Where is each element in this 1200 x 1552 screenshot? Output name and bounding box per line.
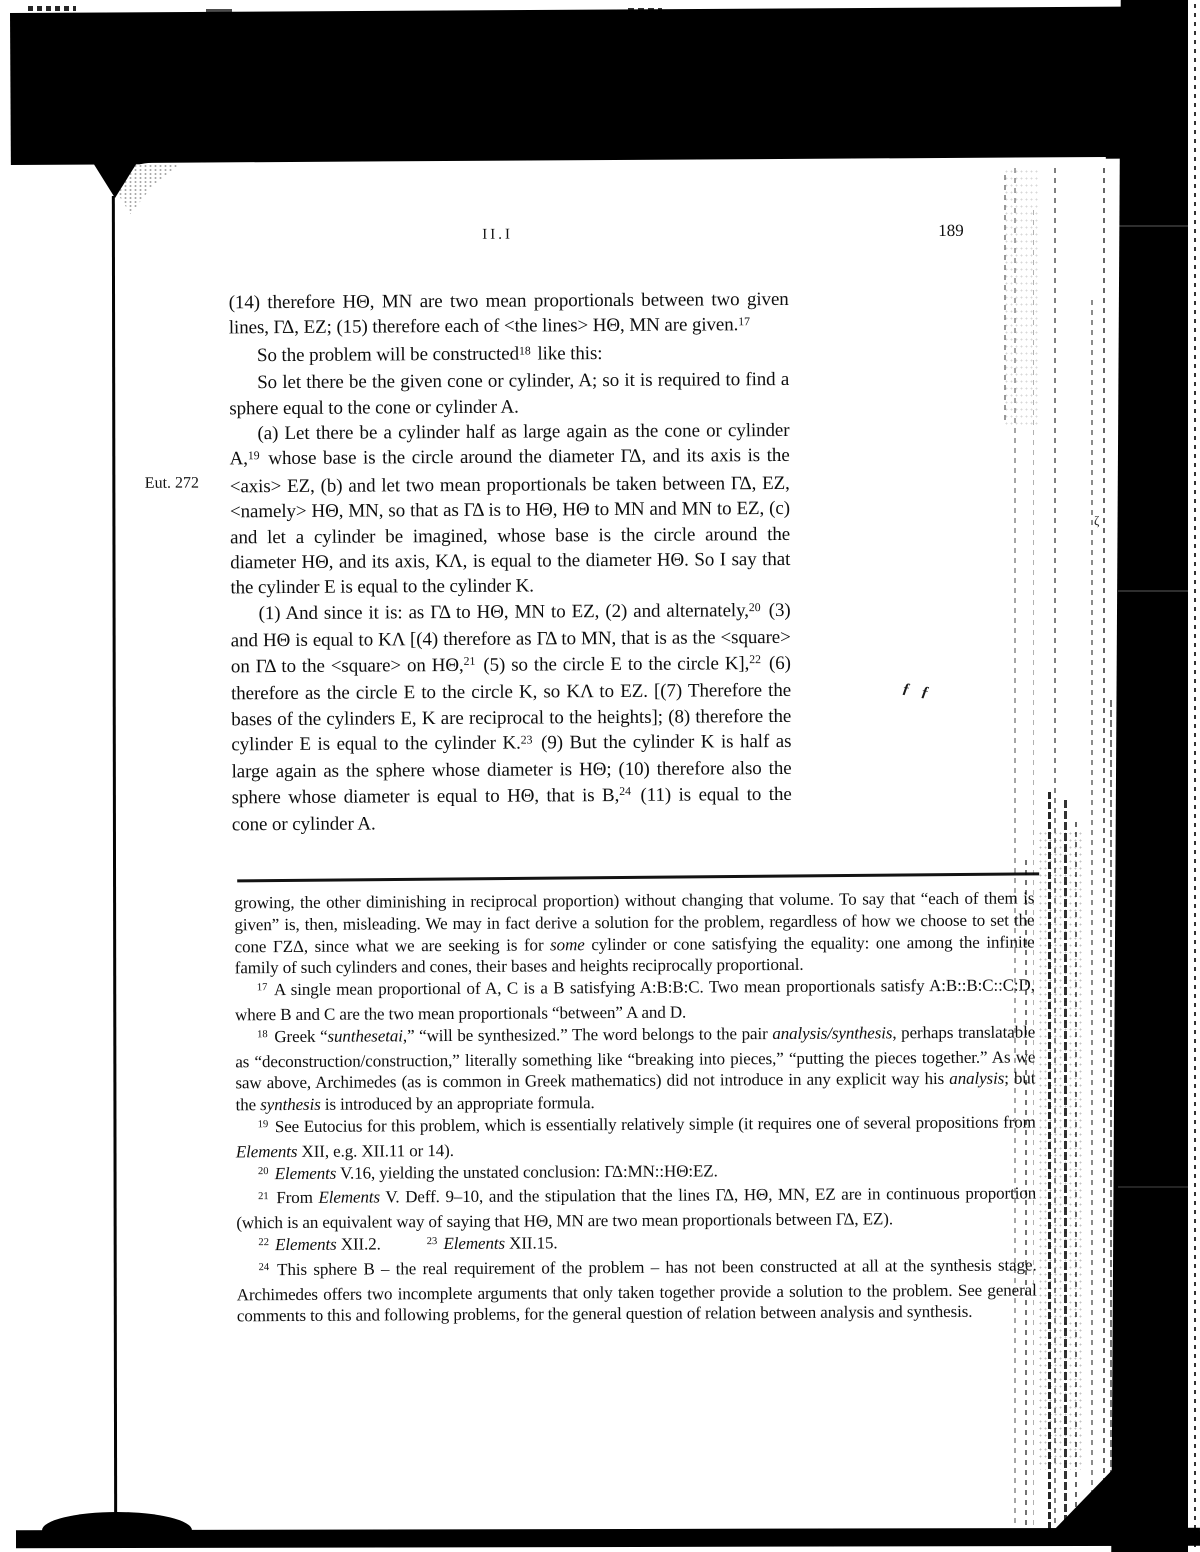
footnote-continuation: growing, the other diminishing in recipr… bbox=[234, 887, 1035, 979]
handwritten-pen-marks: ƒ ƒ bbox=[901, 681, 934, 703]
scan-noise-dash bbox=[1118, 590, 1192, 592]
footnote-21: 21 From Elements V. Deff. 9–10, and the … bbox=[236, 1183, 1036, 1234]
running-head-section: II.I bbox=[482, 227, 513, 244]
scan-noise-dash bbox=[1118, 225, 1192, 227]
footnote-17: 17 A single mean proportional of A, C is… bbox=[235, 975, 1035, 1026]
footnote-24: 24 This sphere B – the real requirement … bbox=[237, 1254, 1037, 1327]
book-page: II.I 189 Eut. 272 (14) therefore HΘ, MN … bbox=[116, 157, 1114, 1535]
scan-noise-dash bbox=[1118, 1186, 1192, 1188]
scan-right-black-column bbox=[1111, 0, 1200, 1552]
footnote-19: 19 See Eutocius for this problem, which … bbox=[236, 1111, 1036, 1162]
body-paragraph: (a) Let there be a cylinder half as larg… bbox=[229, 418, 790, 601]
page-edge-speckle bbox=[1004, 168, 1038, 428]
body-paragraph: So the problem will be constructed18 lik… bbox=[229, 340, 789, 371]
scan-top-speck bbox=[896, 9, 918, 13]
margin-edge-mark: ζ bbox=[1094, 513, 1099, 529]
scan-top-speck bbox=[628, 8, 662, 13]
scan-top-band bbox=[10, 6, 1197, 165]
scan-top-speck bbox=[28, 6, 76, 11]
scan-top-speck bbox=[206, 9, 232, 13]
page-edge-streak bbox=[1110, 700, 1112, 1528]
page-edge-streak bbox=[1025, 860, 1027, 1525]
margin-note-eutocius: Eut. 272 bbox=[145, 475, 199, 493]
scan-bottom-band bbox=[16, 1528, 1200, 1548]
body-paragraph: So let there be the given cone or cylind… bbox=[229, 367, 789, 421]
page-edge-streak bbox=[1103, 168, 1105, 1528]
footnote-separator bbox=[237, 872, 1039, 882]
scan-bottom-right-wedge bbox=[1052, 1462, 1120, 1532]
main-text-block: (14) therefore HΘ, MN are two mean propo… bbox=[229, 287, 792, 838]
page-edge-streak bbox=[1091, 300, 1093, 1528]
body-paragraph: (1) And since it is: as ΓΔ to HΘ, MN to … bbox=[230, 598, 791, 838]
page-number: 189 bbox=[938, 221, 964, 241]
footnotes-block: growing, the other diminishing in recipr… bbox=[234, 887, 1037, 1327]
scan-right-edge-dashes bbox=[1194, 4, 1196, 1548]
body-paragraph: (14) therefore HΘ, MN are two mean propo… bbox=[229, 287, 789, 343]
footnote-18: 18 Greek “sunthesetai,” “will be synthes… bbox=[235, 1021, 1036, 1116]
page-edge-speckle bbox=[1038, 830, 1084, 1470]
